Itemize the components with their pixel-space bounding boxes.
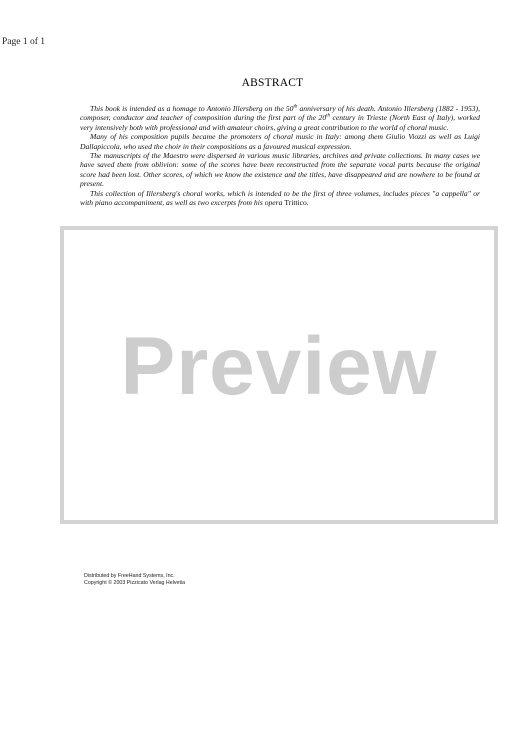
- footer: Distributed by FreeHand Systems, Inc. Co…: [84, 573, 185, 586]
- preview-watermark-box: Preview: [60, 226, 498, 524]
- abstract-body: This book is intended as a homage to Ant…: [80, 104, 480, 207]
- abstract-paragraph-3: The manuscripts of the Maestro were disp…: [80, 151, 480, 189]
- preview-watermark-text: Preview: [64, 320, 494, 414]
- abstract-paragraph-4: This collection of Illersberg's choral w…: [80, 189, 480, 208]
- distributor-line: Distributed by FreeHand Systems, Inc.: [84, 573, 185, 580]
- opera-title: Trittico: [284, 198, 307, 207]
- abstract-title: ABSTRACT: [0, 77, 530, 89]
- paragraph-text: This collection of Illersberg's choral w…: [80, 189, 480, 207]
- abstract-paragraph-2: Many of his composition pupils became th…: [80, 132, 480, 151]
- abstract-paragraph-1: This book is intended as a homage to Ant…: [80, 104, 480, 132]
- paragraph-text: .: [307, 198, 309, 207]
- copyright-line: Copyright © 2003 Pizzicato Verlag Helvet…: [84, 580, 185, 587]
- paragraph-text: This book is intended as a homage to Ant…: [90, 104, 293, 113]
- page-counter: Page 1 of 1: [2, 37, 45, 47]
